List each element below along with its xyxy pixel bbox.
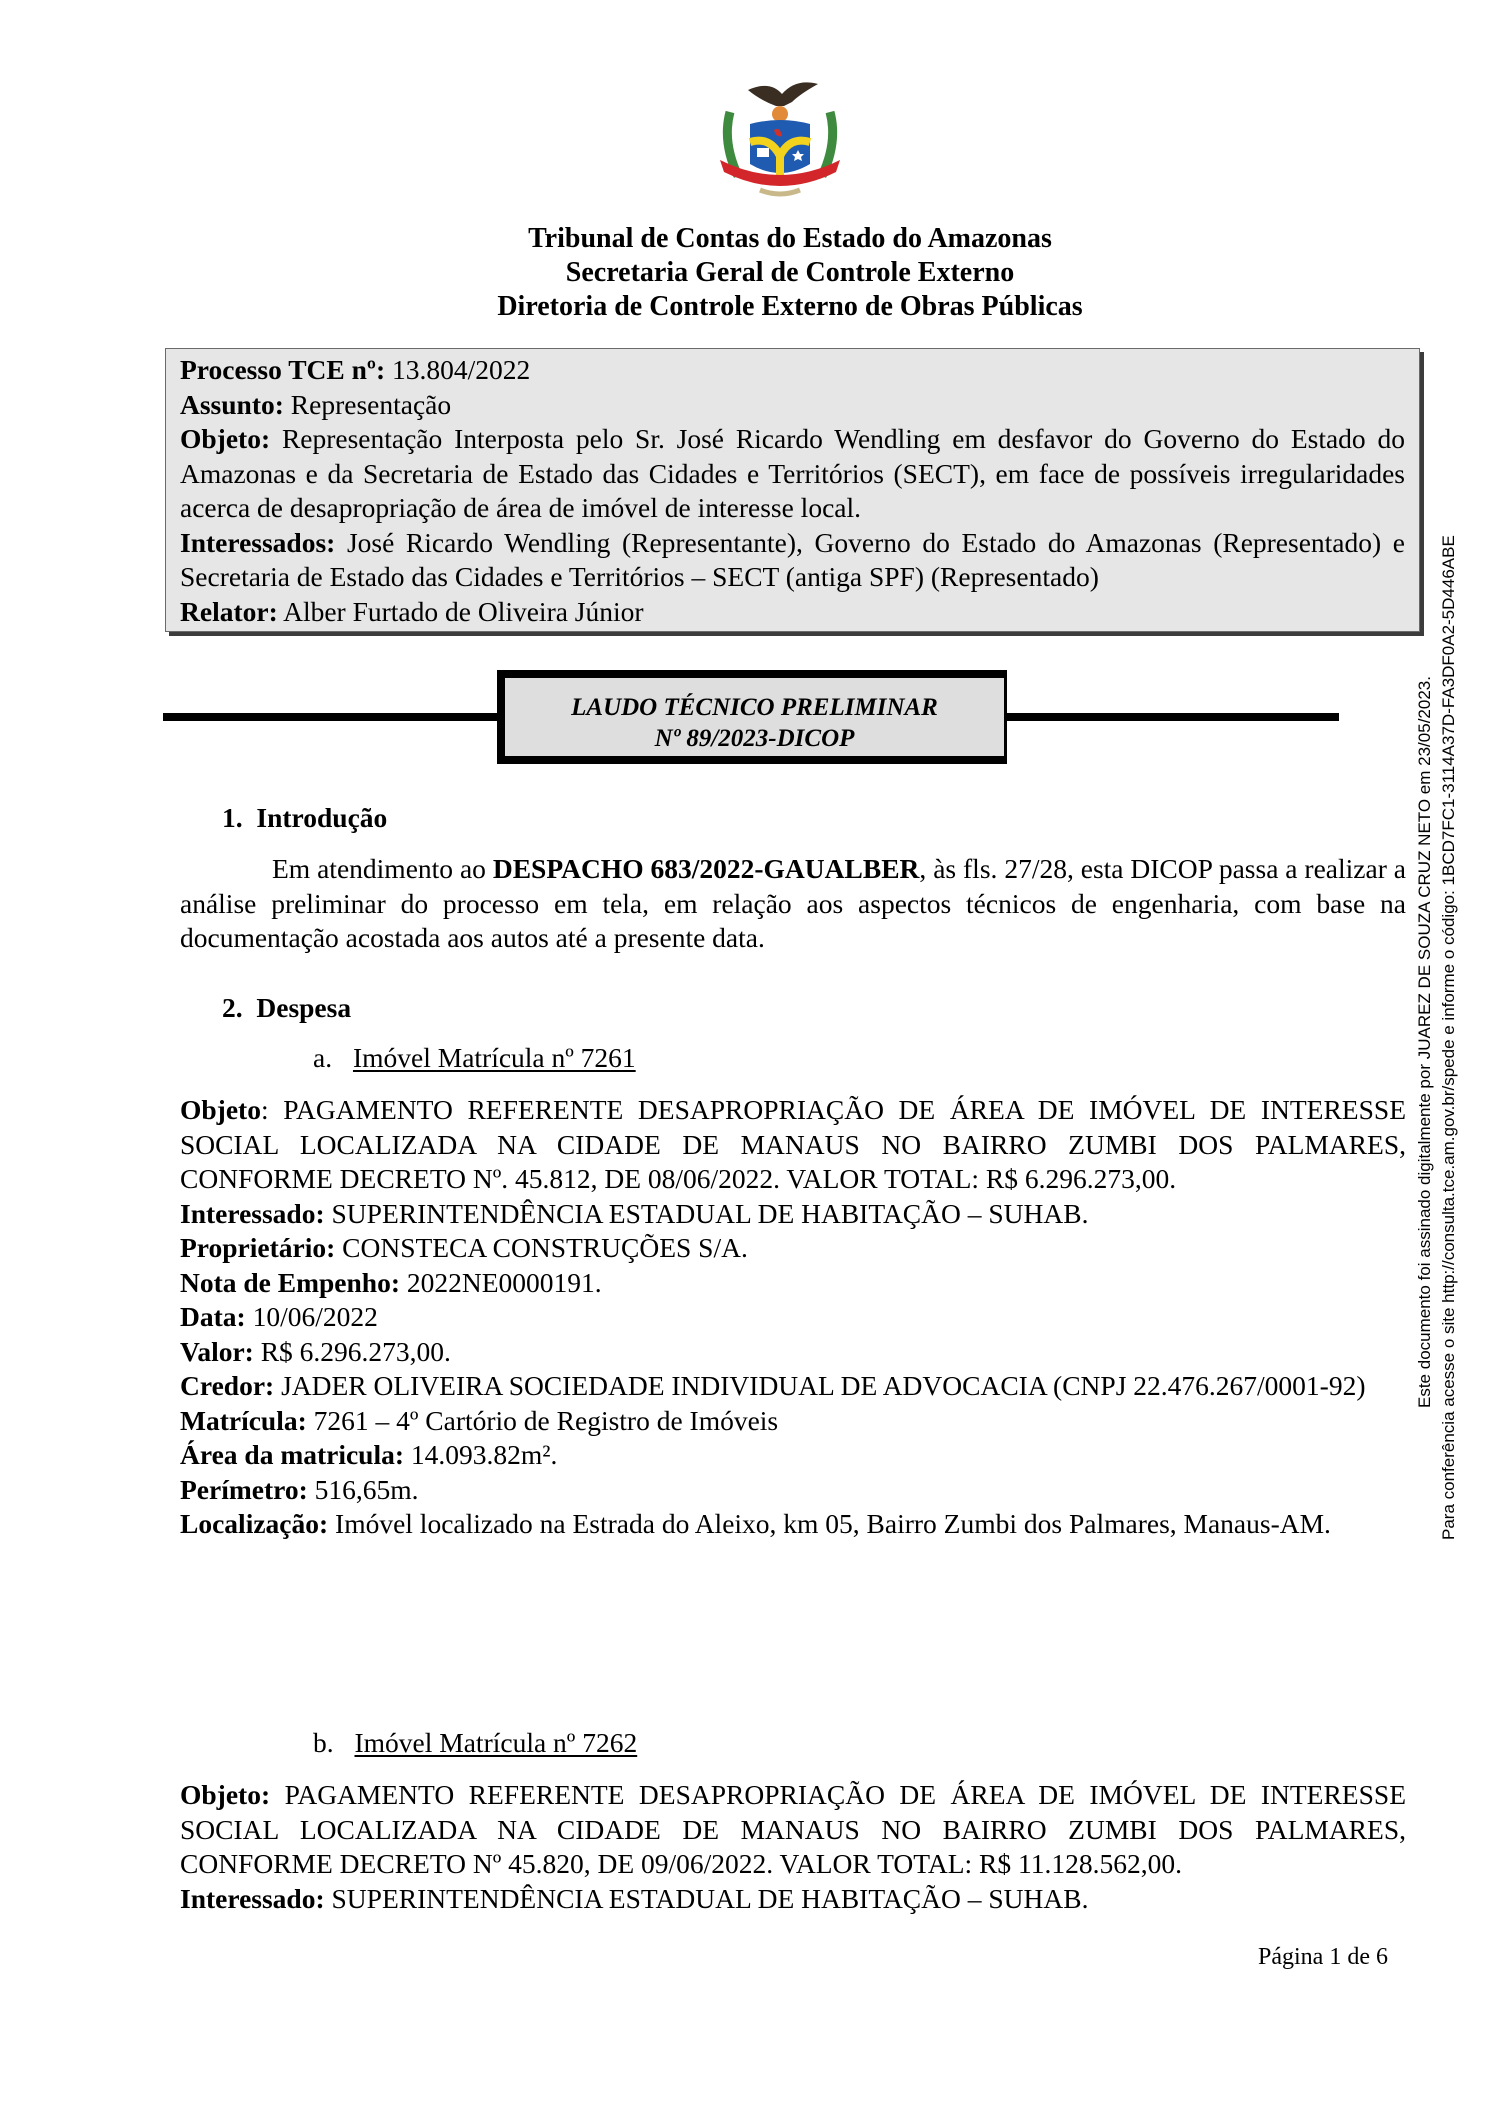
field-row: Objeto: PAGAMENTO REFERENTE DESAPROPRIAÇ… <box>180 1778 1406 1882</box>
header-diretoria: Diretoria de Controle Externo de Obras P… <box>0 290 1500 324</box>
field-label: Área da matricula: <box>180 1439 404 1470</box>
processo-line: Processo TCE nº: 13.804/2022 <box>180 353 1405 388</box>
field-row: Credor: JADER OLIVEIRA SOCIEDADE INDIVID… <box>180 1369 1406 1404</box>
field-label: Interessado: <box>180 1883 325 1914</box>
field-label: Nota de Empenho: <box>180 1267 400 1298</box>
field-row: Interessado: SUPERINTENDÊNCIA ESTADUAL D… <box>180 1882 1406 1917</box>
field-label: Perímetro: <box>180 1474 308 1505</box>
field-value: 516,65m. <box>308 1474 419 1505</box>
laudo-title: LAUDO TÉCNICO PRELIMINAR <box>505 692 1004 723</box>
field-row: Localização: Imóvel localizado na Estrad… <box>180 1507 1406 1542</box>
assunto-line: Assunto: Representação <box>180 388 1405 423</box>
page-number: Página 1 de 6 <box>1258 1944 1388 1971</box>
field-value: PAGAMENTO REFERENTE DESAPROPRIAÇÃO DE ÁR… <box>180 1779 1406 1879</box>
section-intro-heading: 1. Introdução <box>222 801 1448 836</box>
field-value: : PAGAMENTO REFERENTE DESAPROPRIAÇÃO DE … <box>180 1094 1406 1194</box>
field-label: Objeto <box>180 1094 261 1125</box>
relator-line: Relator: Alber Furtado de Oliveira Júnio… <box>180 595 1405 630</box>
field-label: Valor: <box>180 1336 254 1367</box>
imovel-b-details: Objeto: PAGAMENTO REFERENTE DESAPROPRIAÇ… <box>180 1778 1406 1916</box>
field-row: Perímetro: 516,65m. <box>180 1473 1406 1508</box>
field-label: Matrícula: <box>180 1405 307 1436</box>
field-value: 10/06/2022 <box>246 1301 378 1332</box>
verification-notice: Para conferência acesse o site http://co… <box>1438 535 1460 1540</box>
field-label: Credor: <box>180 1370 274 1401</box>
field-label: Interessado: <box>180 1198 325 1229</box>
field-value: JADER OLIVEIRA SOCIEDADE INDIVIDUAL DE A… <box>274 1370 1365 1401</box>
interessados-line: Interessados: José Ricardo Wendling (Rep… <box>180 526 1405 595</box>
field-row: Proprietário: CONSTECA CONSTRUÇÕES S/A. <box>180 1231 1406 1266</box>
signature-notice: Este documento foi assinado digitalmente… <box>1414 676 1436 1408</box>
imovel-a-details: Objeto: PAGAMENTO REFERENTE DESAPROPRIAÇ… <box>180 1093 1406 1542</box>
header-institution: Tribunal de Contas do Estado do Amazonas <box>0 222 1500 256</box>
field-value: CONSTECA CONSTRUÇÕES S/A. <box>335 1232 748 1263</box>
field-value: 14.093.82m². <box>404 1439 557 1470</box>
field-value: R$ 6.296.273,00. <box>254 1336 451 1367</box>
header-secretaria: Secretaria Geral de Controle Externo <box>0 256 1500 290</box>
imovel-b-heading: b. Imóvel Matrícula nº 7262 <box>313 1726 1500 1761</box>
field-value: 2022NE0000191. <box>400 1267 602 1298</box>
laudo-number: Nº 89/2023-DICOP <box>505 723 1004 754</box>
field-value: SUPERINTENDÊNCIA ESTADUAL DE HABITAÇÃO –… <box>325 1883 1089 1914</box>
field-row: Área da matricula: 14.093.82m². <box>180 1438 1406 1473</box>
imovel-a-heading: a. Imóvel Matrícula nº 7261 <box>313 1041 1500 1076</box>
field-row: Matrícula: 7261 – 4º Cartório de Registr… <box>180 1404 1406 1439</box>
field-row: Nota de Empenho: 2022NE0000191. <box>180 1266 1406 1301</box>
section-despesa-heading: 2. Despesa <box>222 991 1448 1026</box>
field-row: Objeto: PAGAMENTO REFERENTE DESAPROPRIAÇ… <box>180 1093 1406 1197</box>
field-value: SUPERINTENDÊNCIA ESTADUAL DE HABITAÇÃO –… <box>325 1198 1089 1229</box>
field-row: Valor: R$ 6.296.273,00. <box>180 1335 1406 1370</box>
field-row: Interessado: SUPERINTENDÊNCIA ESTADUAL D… <box>180 1197 1406 1232</box>
field-row: Data: 10/06/2022 <box>180 1300 1406 1335</box>
intro-paragraph: Em atendimento ao DESPACHO 683/2022-GAUA… <box>180 852 1406 956</box>
field-label: Localização: <box>180 1508 328 1539</box>
field-value: Imóvel localizado na Estrada do Aleixo, … <box>328 1508 1331 1539</box>
field-label: Data: <box>180 1301 246 1332</box>
process-info-box: Processo TCE nº: 13.804/2022 Assunto: Re… <box>165 348 1420 632</box>
tce-coat-of-arms-logo <box>700 72 860 212</box>
field-label: Proprietário: <box>180 1232 335 1263</box>
field-value: 7261 – 4º Cartório de Registro de Imóvei… <box>307 1405 778 1436</box>
objeto-line: Objeto: Representação Interposta pelo Sr… <box>180 422 1405 526</box>
laudo-title-box: LAUDO TÉCNICO PRELIMINAR Nº 89/2023-DICO… <box>497 670 1007 764</box>
field-label: Objeto: <box>180 1779 270 1810</box>
